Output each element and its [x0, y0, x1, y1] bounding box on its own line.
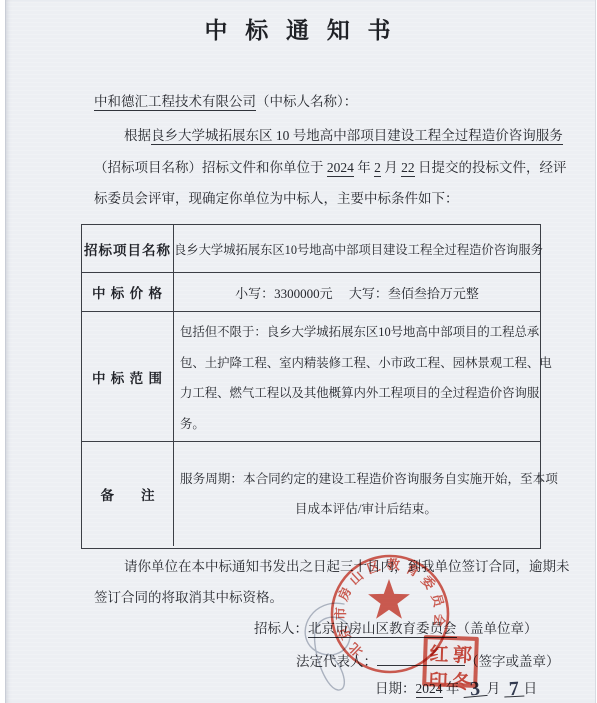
intro-line-2: （招标项目名称）招标文件和你单位于 2024 年 2 月 22 日提交的投标文件… [94, 159, 567, 176]
date-month-suffix: 月 [487, 681, 501, 696]
legal-rep-suffix: （签字或盖章） [465, 654, 560, 669]
row-value-remark: 服务周期：本合同约定的建设工程造价咨询服务自实施开始，至本项 目成本评估/审计后… [174, 442, 558, 546]
scope-line: 包括但不限于：良乡大学城拓展东区10号地高中部项目的工程总承 [180, 317, 552, 348]
seal-char: 郭 [450, 640, 474, 668]
tenderer-suffix: （盖单位章） [457, 621, 538, 636]
square-personal-seal: 红 郭 印 冬 [422, 635, 479, 688]
table-row-remark: 备 注 服务周期：本合同约定的建设工程造价咨询服务自实施开始，至本项 目成本评估… [82, 442, 540, 546]
row-value-project-name: 良乡大学城拓展东区10号地高中部项目建设工程全过程造价咨询服务 [174, 225, 543, 272]
row-label-remark: 备 注 [82, 442, 174, 546]
scope-line: 力工程、燃气工程以及其他概算内外工程项目的全过程造价咨询服 [180, 378, 552, 409]
table-row-scope: 中 标 范 围 包括但不限于：良乡大学城拓展东区10号地高中部项目的工程总承 包… [82, 312, 540, 442]
winner-company-name: 中和德汇工程技术有限公司 [94, 94, 256, 111]
year-suffix: 年 [354, 160, 374, 175]
handwritten-day: 7 [503, 681, 524, 697]
intro-line-3: 标委员会评审，现确定你单位为中标人，主要中标条件如下： [94, 190, 459, 207]
intro-line-1: 根据良乡大学城拓展东区 10 号地高中部项目建设工程全过程造价咨询服务 [124, 127, 563, 144]
scope-line: 包、土护降工程、室内精装修工程、小市政工程、园林景观工程、电 [180, 348, 552, 379]
salutation-line: 中和德汇工程技术有限公司（中标人名称）： [94, 93, 357, 110]
seal-char: 印 [426, 666, 450, 694]
table-row-project-name: 招标项目名称 良乡大学城拓展东区10号地高中部项目建设工程全过程造价咨询服务 [82, 225, 540, 273]
intro-line2-tail: 日提交的投标文件，经评 [415, 160, 567, 175]
intro-line2-text: （招标项目名称）招标文件和你单位于 [94, 160, 327, 175]
page-title: 中 标 通 知 书 [6, 12, 595, 45]
award-conditions-table: 招标项目名称 良乡大学城拓展东区10号地高中部项目建设工程全过程造价咨询服务 中… [81, 224, 541, 549]
row-value-bid-price: 小写：3300000元 大写：叁佰叁拾万元整 [174, 273, 540, 311]
stamp-star-icon [368, 579, 410, 619]
remark-line: 服务周期：本合同约定的建设工程造价咨询服务自实施开始，至本项 [174, 464, 558, 494]
intro-line1-prefix: 根据 [124, 128, 151, 143]
row-label-bid-price: 中 标 价 格 [82, 273, 174, 311]
salutation-suffix: （中标人名称）： [256, 94, 357, 109]
seal-char: 冬 [449, 667, 473, 695]
closing-line-2: 签订合同的将取消其中标资格。 [94, 589, 283, 606]
bid-year: 2024 [327, 160, 354, 177]
scope-line: 务。 [180, 409, 552, 440]
date-day-suffix: 日 [524, 681, 538, 696]
remark-line: 目成本评估/审计后结束。 [174, 494, 558, 524]
row-value-scope: 包括但不限于：良乡大学城拓展东区10号地高中部项目的工程总承 包、土护降工程、室… [174, 312, 555, 441]
month-suffix: 月 [381, 160, 401, 175]
bid-month: 2 [374, 160, 381, 177]
project-name-underlined: 良乡大学城拓展东区 10 号地高中部项目建设工程全过程造价咨询服务 [151, 128, 563, 145]
table-row-bid-price: 中 标 价 格 小写：3300000元 大写：叁佰叁拾万元整 [82, 273, 540, 312]
seal-char: 红 [427, 639, 451, 667]
bid-day: 22 [401, 160, 415, 177]
row-label-scope: 中 标 范 围 [82, 312, 174, 441]
document-page: 中 标 通 知 书 中和德汇工程技术有限公司（中标人名称）： 根据良乡大学城拓展… [5, 0, 596, 703]
scanned-award-notice: { "colors": { "stamp_red": "#cd3b2d", "i… [0, 0, 597, 703]
row-label-project-name: 招标项目名称 [82, 225, 174, 272]
